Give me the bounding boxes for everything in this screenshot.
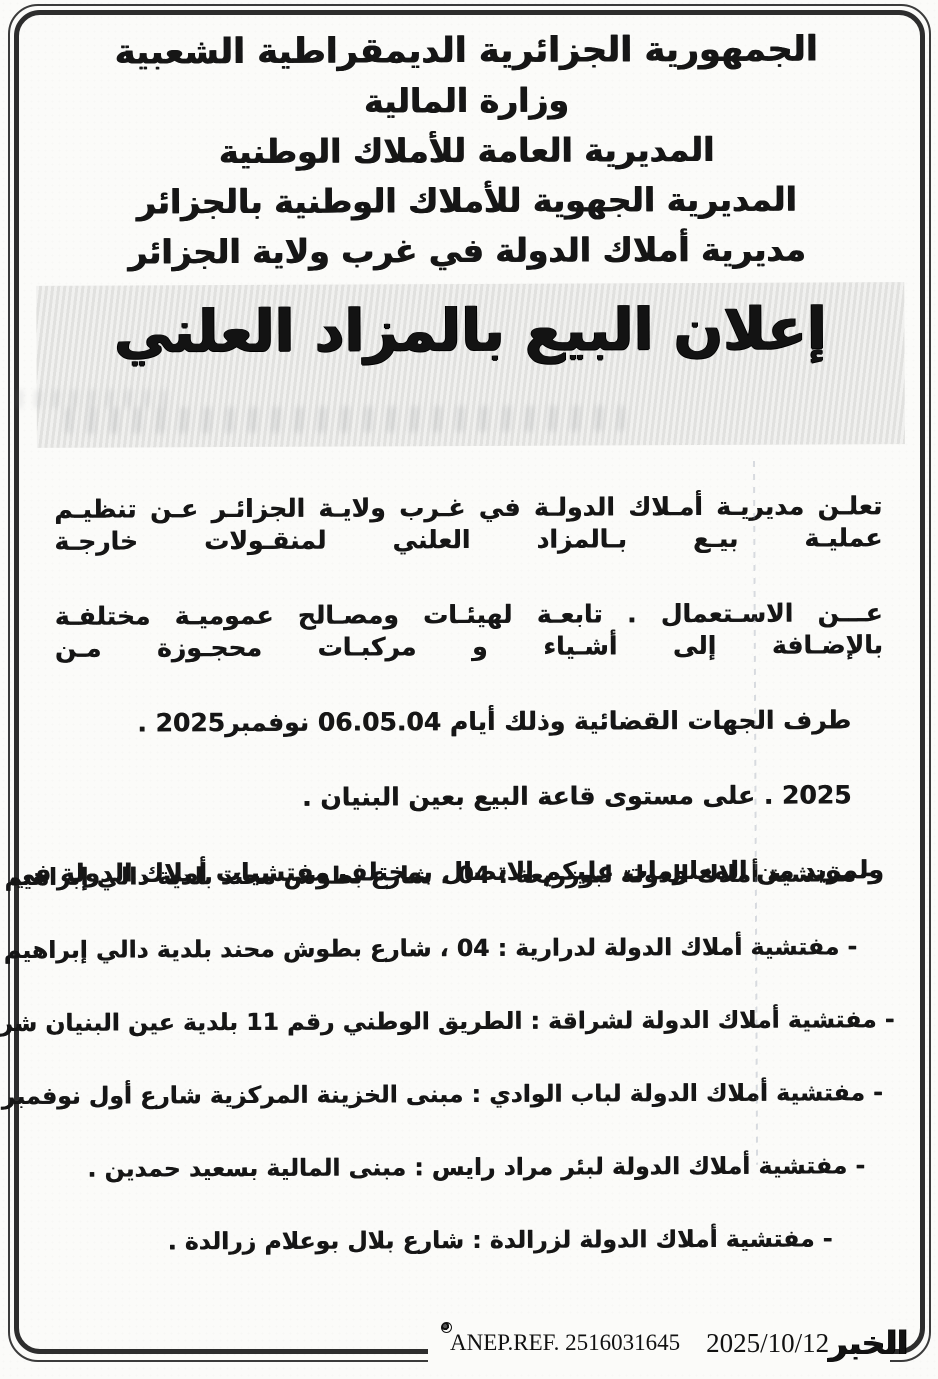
title-band: إعلان البيع بالمزاد العلني	[36, 282, 905, 448]
letterhead: الجمهورية الجزائرية الديمقراطية الشعبية …	[57, 24, 876, 278]
ghost-print-smudge-left	[17, 389, 167, 408]
list-item: - مفتشية أملاك الدولة لشراقة : الطريق ال…	[56, 1004, 894, 1038]
republic-name-line: الجمهورية الجزائرية الديمقراطية الشعبية	[57, 24, 875, 78]
list-item: - مفتشية أملاك الدولة لباب الوادي : مبنى…	[57, 1077, 883, 1111]
paragraph-line-3: طرف الجهات القضائية وذلك أيام 06.05.04 ن…	[55, 704, 851, 739]
list-item: - مفتشية أملاك الدولة لبئر مراد رايس : م…	[57, 1150, 865, 1184]
paragraph-line-4: 2025 . على مستوى قاعة البيع بعين البنيان…	[55, 779, 851, 814]
ministry-line: وزارة المالية	[57, 74, 875, 128]
paragraph-line-1: تعلـن مديريـة أمـلاك الدولـة في غـرب ولا…	[54, 490, 882, 558]
scanned-auction-announcement: الجمهورية الجزائرية الديمقراطية الشعبية …	[0, 0, 938, 1379]
list-item: - مفتشية أملاك الدولة لزرالدة : شارع بلا…	[57, 1223, 832, 1256]
publication-date: 2025/10/12	[706, 1328, 829, 1359]
general-directorate-line: المديرية العامة للأملاك الوطنية	[58, 124, 876, 178]
footer-strip: ANEP.REF. 2516031645 2025/10/12 الخبر	[428, 1314, 890, 1372]
anep-reference: ANEP.REF. 2516031645	[450, 1330, 680, 1356]
paragraph-line-2: عـــن الاسـتعمال . تابعـة لهيئـات ومصـال…	[55, 597, 883, 665]
logo-ornament-icon	[441, 1322, 452, 1333]
state-property-directorate-line: مديرية أملاك الدولة في غرب ولاية الجزائر	[58, 224, 876, 278]
ghost-print-smudge	[65, 405, 625, 433]
inspectorate-list: - مفتشية أملاك الدولة لبوزريعة : 04 ، شا…	[56, 858, 896, 1300]
regional-directorate-line: المديرية الجهوية للأملاك الوطنية بالجزائ…	[58, 174, 876, 228]
document-content: الجمهورية الجزائرية الديمقراطية الشعبية …	[0, 0, 938, 1379]
list-item: - مفتشية أملاك الدولة لبوزريعة : 04 ، شا…	[56, 858, 874, 892]
el-khabar-newspaper-logo: الخبر	[829, 1324, 908, 1362]
list-item: - مفتشية أملاك الدولة لدرارية : 04 ، شار…	[56, 931, 857, 964]
auction-title: إعلان البيع بالمزاد العلني	[36, 294, 904, 366]
